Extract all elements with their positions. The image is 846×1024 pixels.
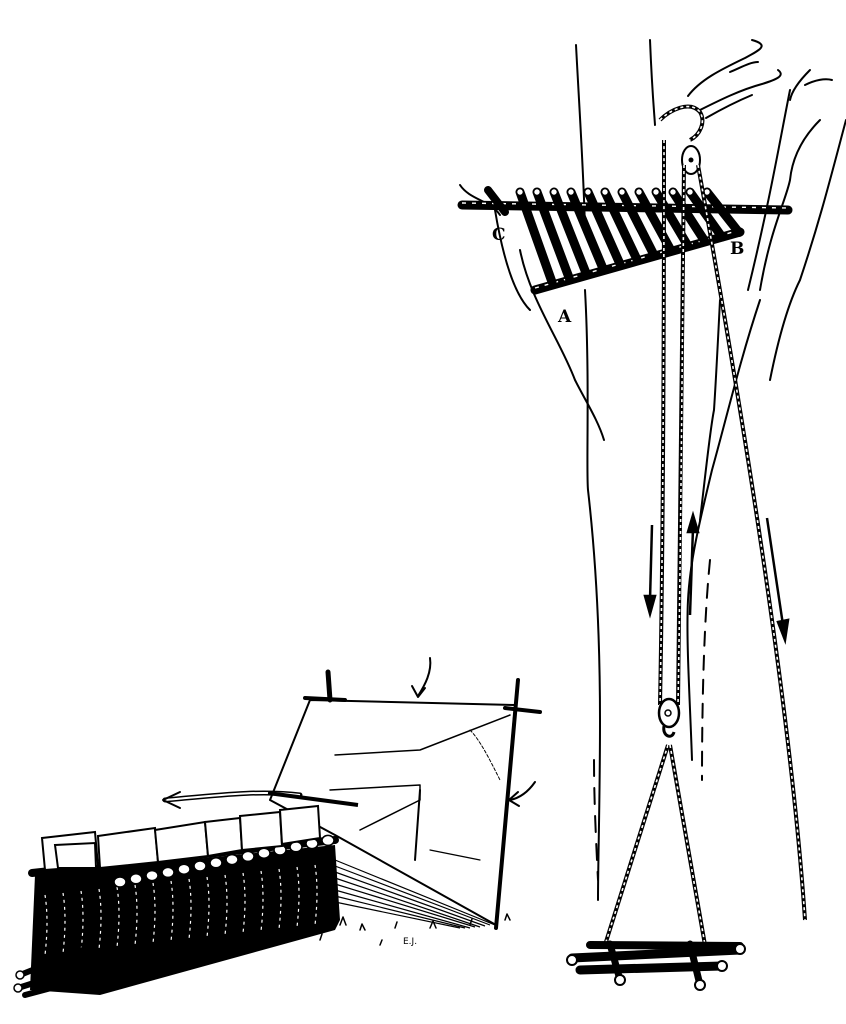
- artist-signature: E.J.: [403, 937, 417, 947]
- label-c: C: [492, 225, 506, 245]
- arrow-up-icon: [688, 515, 698, 532]
- top-pulley: [660, 107, 702, 174]
- tree-trunk: [460, 40, 846, 900]
- illustration-canvas: C B A: [0, 0, 846, 1024]
- arrow-left-icon: [510, 782, 535, 800]
- lower-pulley: [659, 699, 679, 736]
- arrow-down-icon: [645, 596, 655, 614]
- arrow-down-icon: [778, 620, 788, 640]
- seat-ropes: [605, 745, 705, 945]
- arrow-down-icon: [650, 525, 652, 600]
- arrow-up-icon: [690, 528, 693, 615]
- log-fire-box: [14, 792, 358, 995]
- swing-seat: [567, 944, 745, 990]
- label-a: A: [557, 307, 572, 327]
- label-b: B: [730, 239, 744, 259]
- hand: [688, 40, 781, 118]
